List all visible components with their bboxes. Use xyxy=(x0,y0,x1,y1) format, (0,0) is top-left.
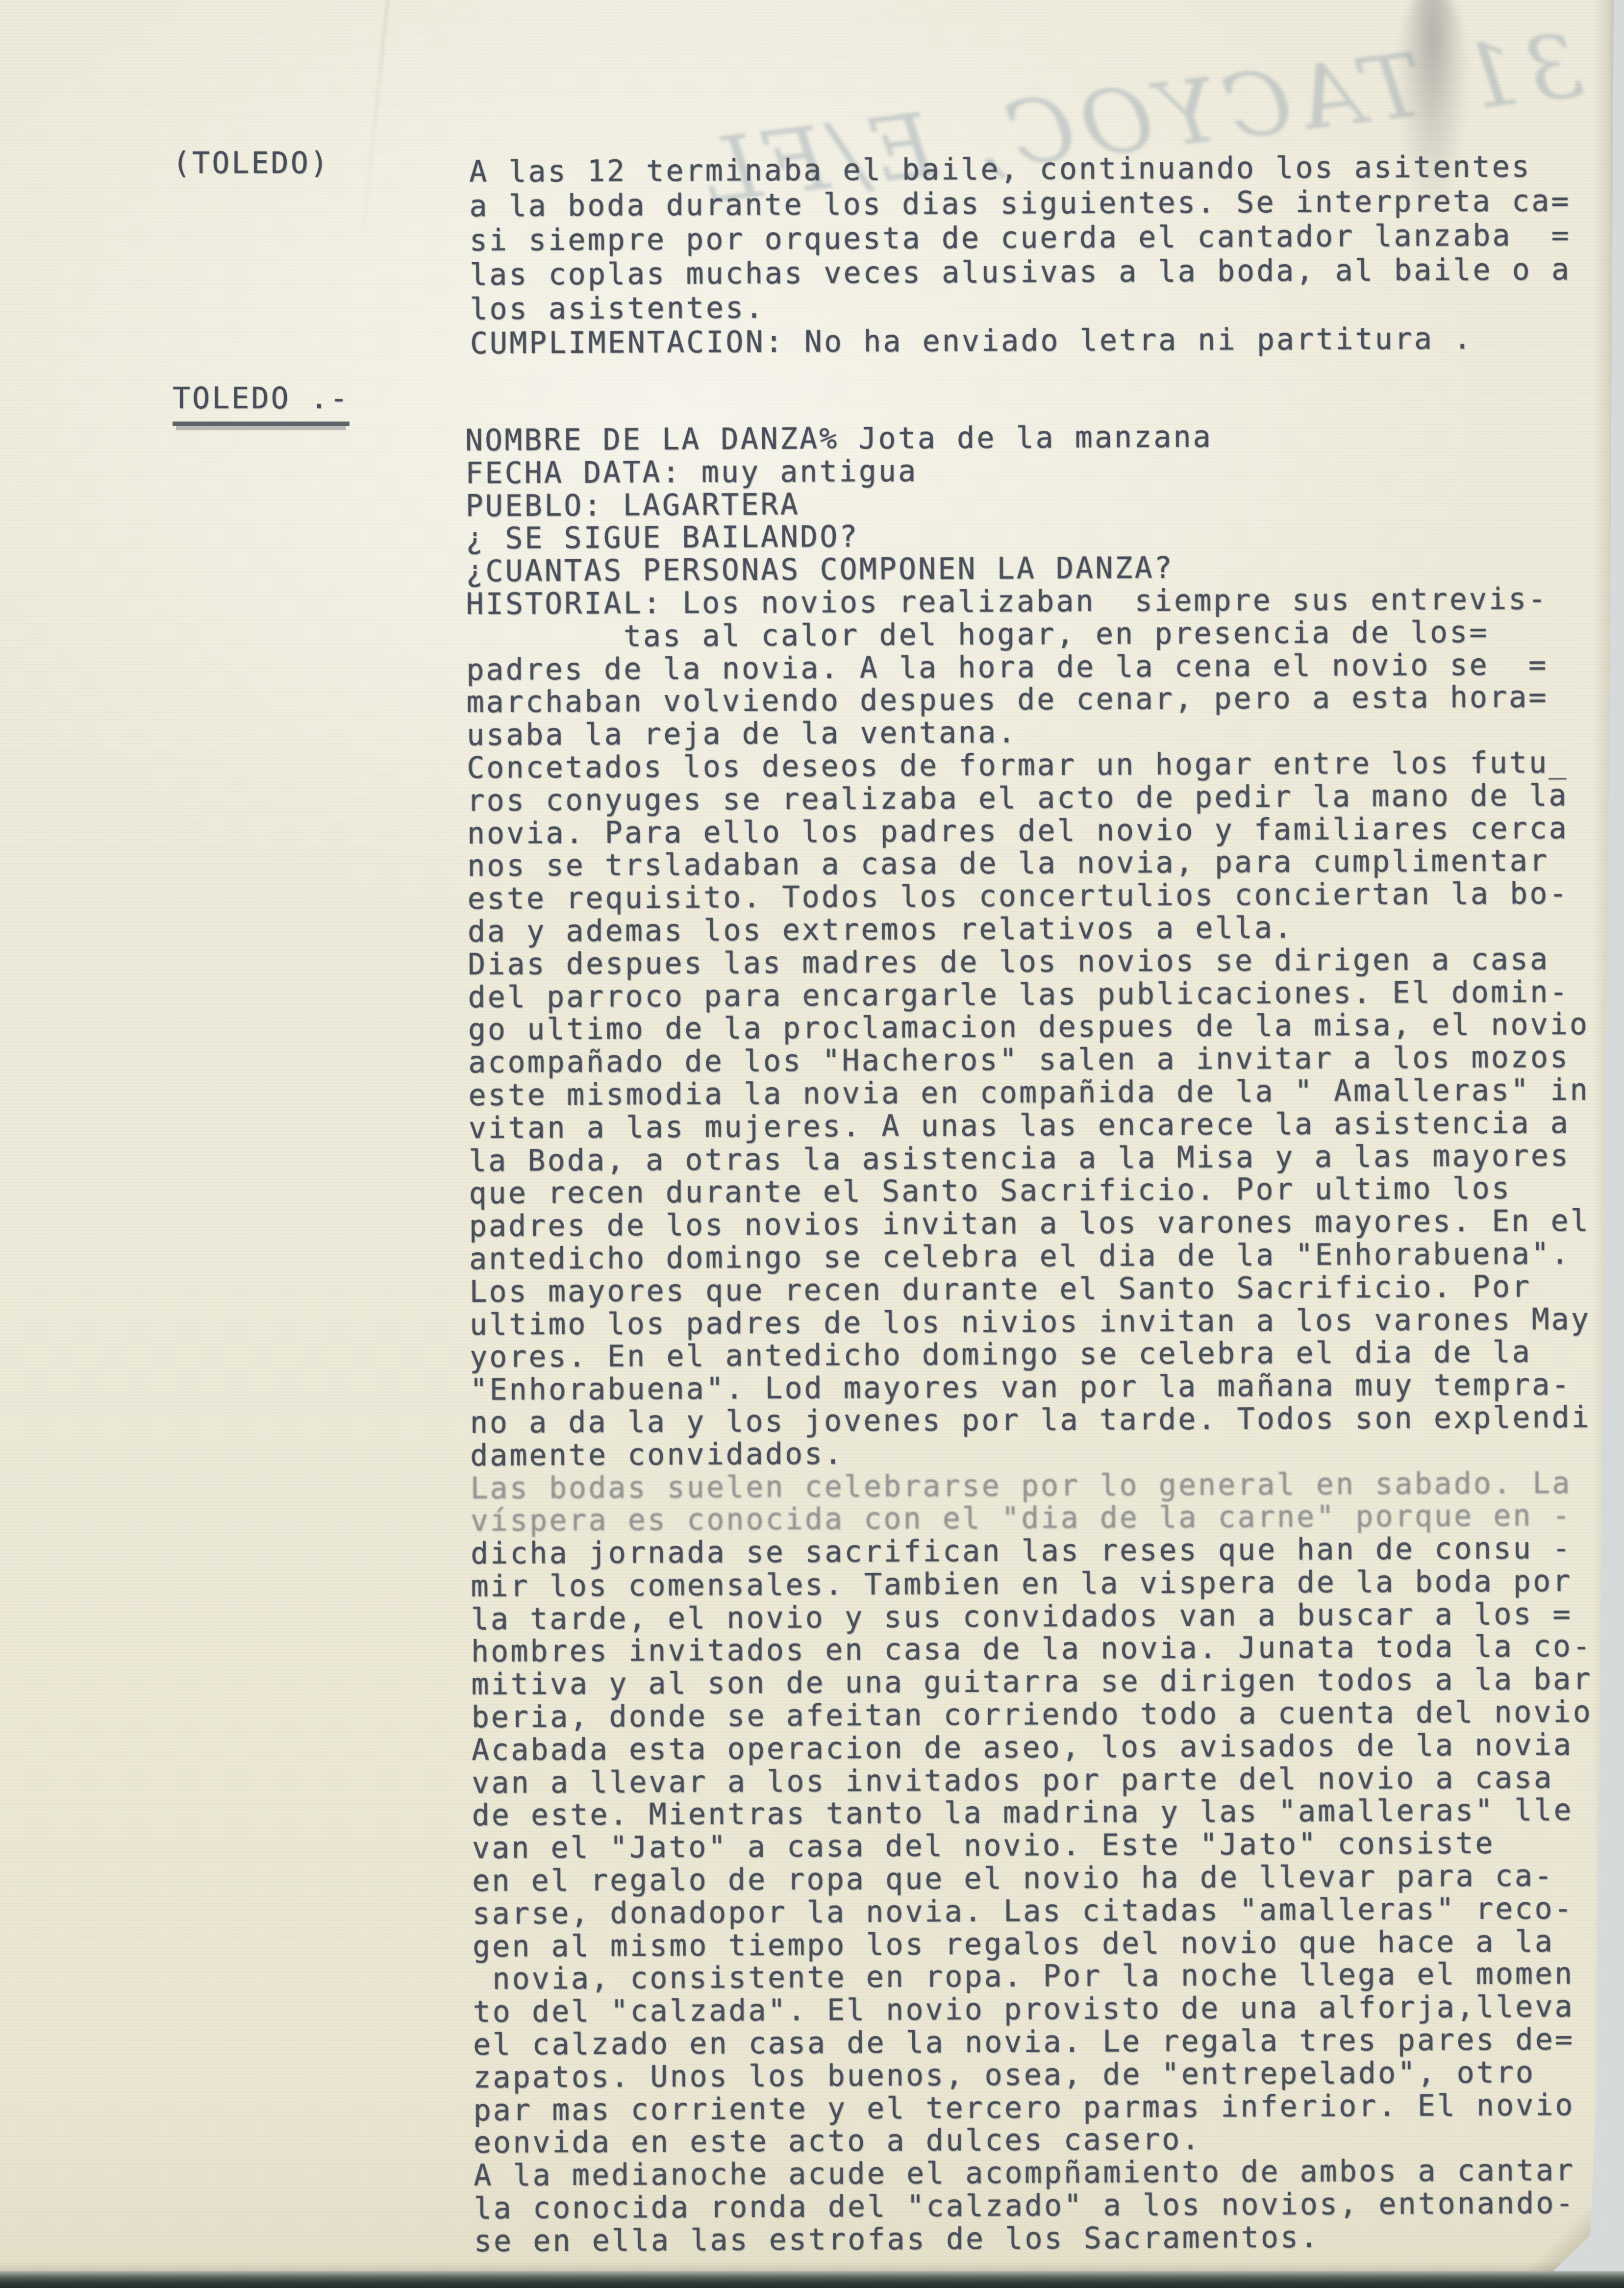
document-page: 31 TACYOC, E/FL (TOLEDO) TOLEDO .- A las… xyxy=(0,0,1624,2274)
text-line: A las 12 terminaba el baile, continuando… xyxy=(469,149,1571,189)
text-line: no a da la y los jovenes por la tarde. T… xyxy=(470,1401,1591,1440)
paper-crease xyxy=(358,0,390,269)
text-line: la conocida ronda del "calzado" a los no… xyxy=(474,2187,1595,2225)
text-line: FECHA DATA: muy antigua xyxy=(465,452,1586,490)
scanner-bed: 31 TACYOC, E/FL (TOLEDO) TOLEDO .- A las… xyxy=(0,0,1624,2288)
text-line: ¿ SE SIGUE BAILANDO? xyxy=(466,517,1587,555)
text-line: las coplas muchas veces alusivas a la bo… xyxy=(470,252,1571,292)
text-line: se en ella las estrofas de los Sacrament… xyxy=(474,2220,1595,2258)
text-line: si siempre por orquesta de cuerda el can… xyxy=(470,218,1571,258)
text-line: este requisito. Todos los concertulios c… xyxy=(467,877,1588,916)
questionnaire-body: NOMBRE DE LA DANZA% Jota de la manzanaFE… xyxy=(465,419,1595,2258)
text-line: marchaban volviendo despues de cenar, pe… xyxy=(466,681,1587,719)
text-line: CUMPLIMENTACION: No ha enviado letra ni … xyxy=(470,321,1572,361)
text-line: par mas corriente y el tercero parmas in… xyxy=(474,2089,1595,2127)
section-heading-toledo: TOLEDO .- xyxy=(173,381,350,426)
text-line: PUEBLO: LAGARTERA xyxy=(466,484,1587,522)
scanner-bottom-edge xyxy=(0,2271,1624,2288)
text-line: a la boda durante los dias siguientes. S… xyxy=(469,184,1571,224)
text-line: los asistentes. xyxy=(470,287,1571,326)
text-line: víspera es conocida con el "dia de la ca… xyxy=(471,1499,1592,1538)
text-line: NOMBRE DE LA DANZA% Jota de la manzana xyxy=(465,419,1586,457)
margin-label-toledo: (TOLEDO) xyxy=(173,146,330,180)
intro-paragraph: A las 12 terminaba el baile, continuando… xyxy=(469,149,1572,361)
page-right-edge-shadow xyxy=(1593,0,1615,2274)
